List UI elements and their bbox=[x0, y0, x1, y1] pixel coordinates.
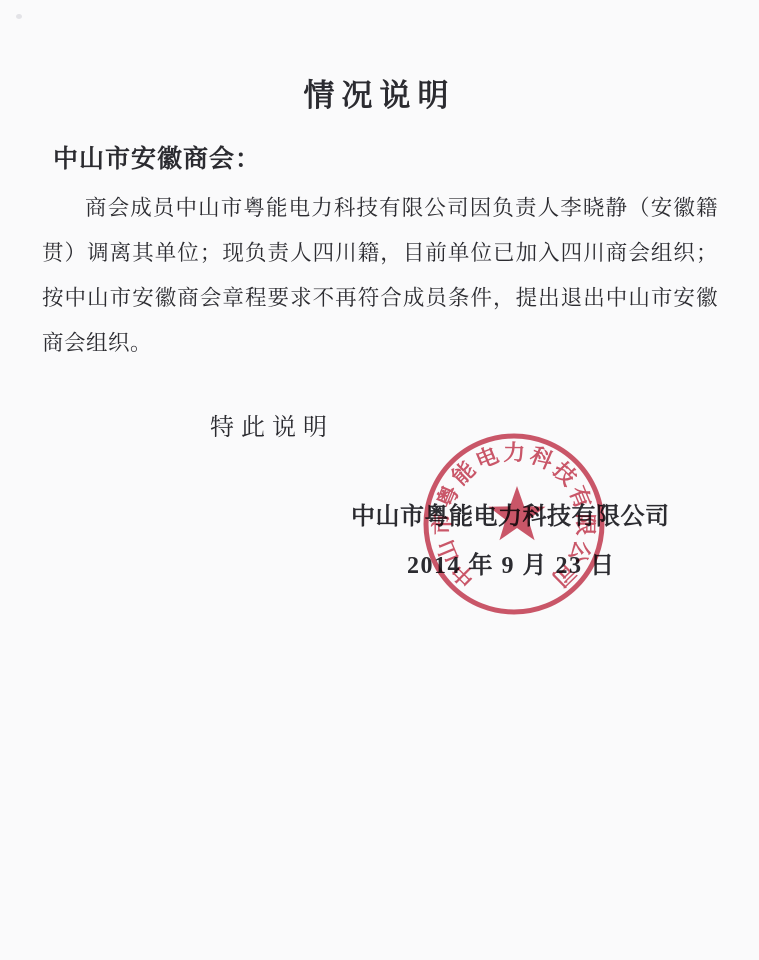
signature-company-name: 中山市粤能电力科技有限公司 bbox=[351, 496, 670, 531]
salutation: 中山市安徽商会： bbox=[53, 139, 261, 175]
body-line-2: 贯）调离其单位；现负责人四川籍，目前单位已加入四川商会组织； bbox=[42, 231, 718, 276]
scan-artifact-speck bbox=[16, 14, 22, 19]
body-line-4: 商会组织。 bbox=[42, 321, 718, 366]
body-line-3: 按中山市安徽商会章程要求不再符合成员条件，提出退出中山市安徽 bbox=[42, 276, 718, 321]
body-line-1: 商会成员中山市粤能电力科技有限公司因负责人李晓静（安徽籍 bbox=[42, 186, 718, 231]
closing-phrase: 特此说明 bbox=[210, 407, 334, 442]
document-title: 情况说明 bbox=[0, 70, 759, 115]
body-paragraph: 商会成员中山市粤能电力科技有限公司因负责人李晓静（安徽籍 贯）调离其单位；现负责… bbox=[42, 186, 718, 366]
scanned-letter-page: 情况说明 中山市安徽商会： 商会成员中山市粤能电力科技有限公司因负责人李晓静（安… bbox=[0, 0, 759, 960]
signature-date: 2014 年 9 月 23 日 bbox=[407, 545, 616, 580]
